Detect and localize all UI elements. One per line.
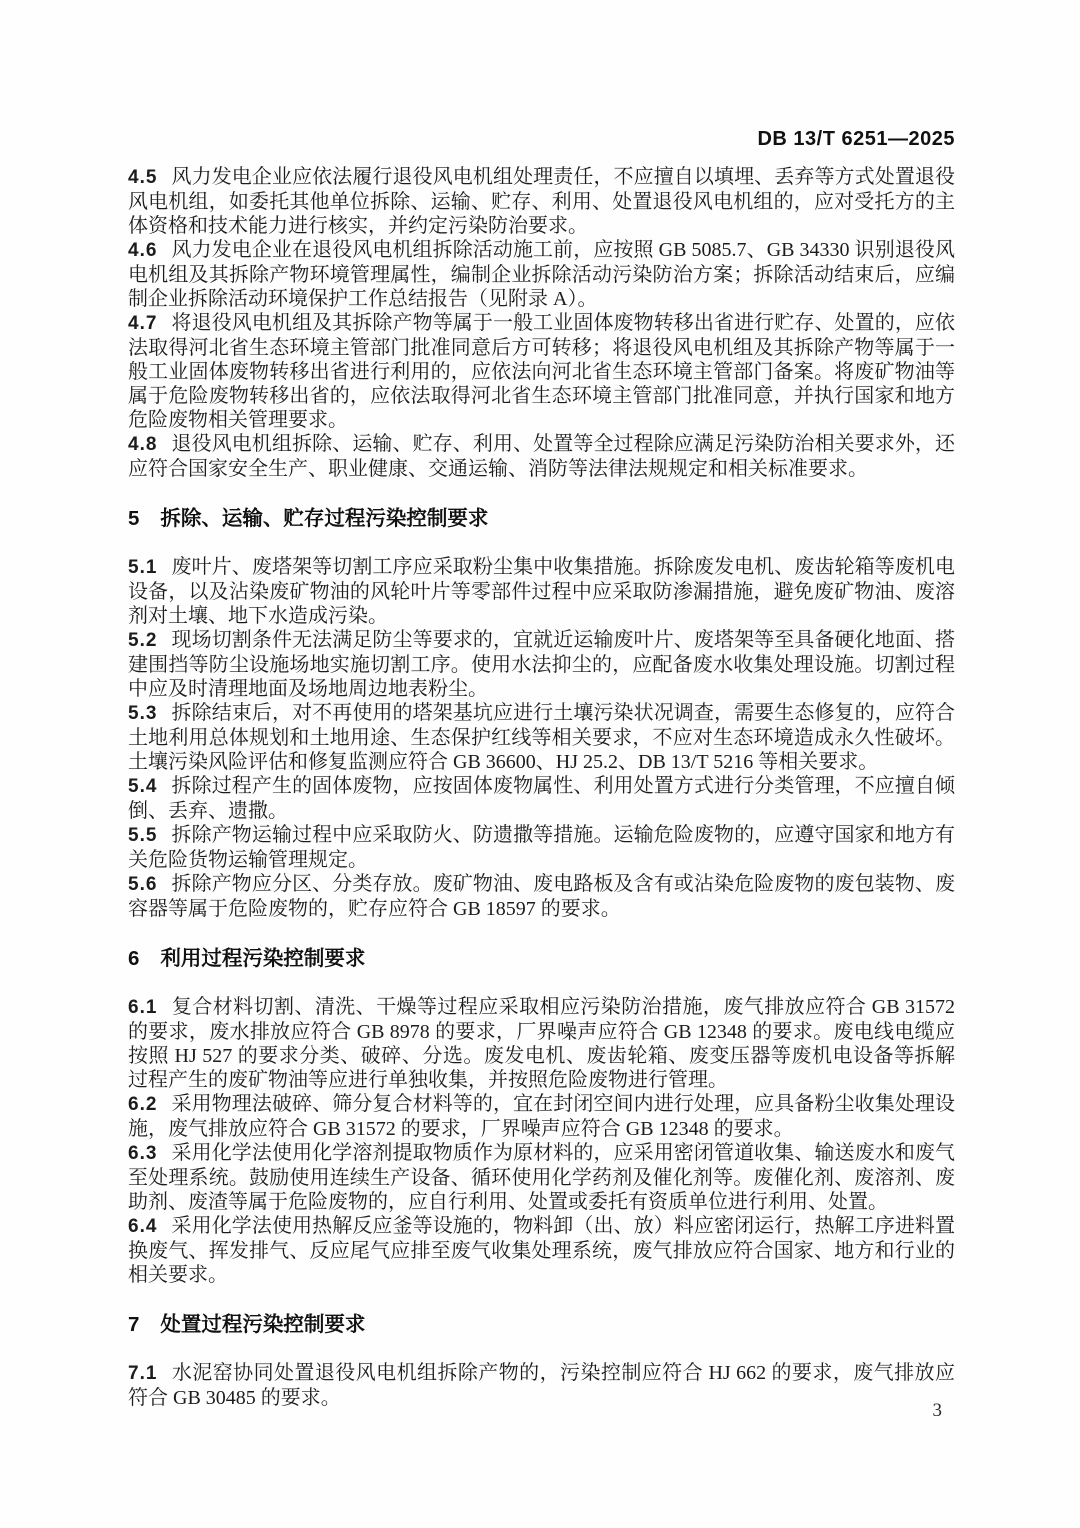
clause-4-6: 4.6风力发电企业在退役风电机组拆除活动施工前，应按照 GB 5085.7、GB… <box>128 238 955 311</box>
clause-6-2: 6.2采用物理法破碎、筛分复合材料等的，宜在封闭空间内进行处理，应具备粉尘收集处… <box>128 1092 955 1141</box>
page-number: 3 <box>933 1400 943 1422</box>
clause-5-4: 5.4拆除过程产生的固体废物，应按固体废物属性、利用处置方式进行分类管理，不应擅… <box>128 774 955 823</box>
clause-text: 拆除产物应分区、分类存放。废矿物油、废电路板及含有或沾染危险废物的废包装物、废容… <box>128 873 955 920</box>
clause-text: 拆除过程产生的固体废物，应按固体废物属性、利用处置方式进行分类管理，不应擅自倾倒… <box>128 775 955 822</box>
clause-text: 采用化学法使用化学溶剂提取物质作为原材料的，应采用密闭管道收集、输送废水和废气至… <box>128 1142 955 1213</box>
clause-5-6: 5.6拆除产物应分区、分类存放。废矿物油、废电路板及含有或沾染危险废物的废包装物… <box>128 872 955 921</box>
clause-number: 5.5 <box>128 825 157 846</box>
clause-number: 5.6 <box>128 874 157 895</box>
clause-text: 风力发电企业应依法履行退役风电机组处理责任，不应擅自以填埋、丢弃等方式处置退役风… <box>128 166 955 237</box>
clause-5-1: 5.1废叶片、废塔架等切割工序应采取粉尘集中收集措施。拆除废发电机、废齿轮箱等废… <box>128 555 955 628</box>
clause-number: 5.2 <box>128 630 157 651</box>
clause-number: 4.7 <box>128 313 157 334</box>
clause-text: 水泥窑协同处置退役风电机组拆除产物的，污染控制应符合 HJ 662 的要求，废气… <box>128 1362 955 1409</box>
clause-number: 6.2 <box>128 1094 157 1115</box>
section-title: 利用过程污染控制要求 <box>160 947 365 970</box>
section-heading-7: 7处置过程污染控制要求 <box>128 1313 955 1337</box>
document-body: 4.5风力发电企业应依法履行退役风电机组处理责任，不应擅自以填埋、丢弃等方式处置… <box>128 165 955 1410</box>
clause-4-7: 4.7将退役风电机组及其拆除产物等属于一般工业固体废物转移出省进行贮存、处置的，… <box>128 311 955 432</box>
clause-6-4: 6.4采用化学法使用热解反应釜等设施的，物料卸（出、放）料应密闭运行，热解工序进… <box>128 1214 955 1287</box>
section-title: 处置过程污染控制要求 <box>160 1313 365 1336</box>
clause-text: 拆除结束后，对不再使用的塔架基坑应进行土壤污染状况调查，需要生态修复的，应符合土… <box>128 702 955 773</box>
clause-number: 6.4 <box>128 1216 157 1237</box>
clause-number: 6.1 <box>128 997 157 1018</box>
clause-5-3: 5.3拆除结束后，对不再使用的塔架基坑应进行土壤污染状况调查，需要生态修复的，应… <box>128 701 955 774</box>
clause-text: 拆除产物运输过程中应采取防火、防遗撒等措施。运输危险废物的，应遵守国家和地方有关… <box>128 824 955 871</box>
clause-5-2: 5.2现场切割条件无法满足防尘等要求的，宜就近运输废叶片、废塔架等至具备硬化地面… <box>128 628 955 701</box>
clause-number: 5.4 <box>128 776 157 797</box>
clause-text: 现场切割条件无法满足防尘等要求的，宜就近运输废叶片、废塔架等至具备硬化地面、搭建… <box>128 629 955 700</box>
clause-6-1: 6.1复合材料切割、清洗、干燥等过程应采取相应污染防治措施，废气排放应符合 GB… <box>128 995 955 1092</box>
clause-7-1: 7.1水泥窑协同处置退役风电机组拆除产物的，污染控制应符合 HJ 662 的要求… <box>128 1361 955 1410</box>
clause-text: 退役风电机组拆除、运输、贮存、利用、处置等全过程除应满足污染防治相关要求外，还应… <box>128 433 955 480</box>
section-number: 6 <box>128 947 140 970</box>
clause-number: 4.6 <box>128 240 157 261</box>
clause-number: 4.8 <box>128 434 157 455</box>
clause-number: 7.1 <box>128 1363 157 1384</box>
section-title: 拆除、运输、贮存过程污染控制要求 <box>160 507 488 530</box>
clause-6-3: 6.3采用化学法使用化学溶剂提取物质作为原材料的，应采用密闭管道收集、输送废水和… <box>128 1141 955 1214</box>
clause-number: 5.3 <box>128 703 157 724</box>
clause-5-5: 5.5拆除产物运输过程中应采取防火、防遗撒等措施。运输危险废物的，应遵守国家和地… <box>128 823 955 872</box>
clause-text: 复合材料切割、清洗、干燥等过程应采取相应污染防治措施，废气排放应符合 GB 31… <box>128 996 955 1091</box>
section-number: 7 <box>128 1313 140 1336</box>
section-heading-6: 6利用过程污染控制要求 <box>128 947 955 971</box>
document-page: DB 13/T 6251—2025 4.5风力发电企业应依法履行退役风电机组处理… <box>0 0 1080 1528</box>
doc-number-header: DB 13/T 6251—2025 <box>128 128 955 151</box>
clause-4-5: 4.5风力发电企业应依法履行退役风电机组处理责任，不应擅自以填埋、丢弃等方式处置… <box>128 165 955 238</box>
section-heading-5: 5拆除、运输、贮存过程污染控制要求 <box>128 507 955 531</box>
clause-number: 4.5 <box>128 167 157 188</box>
clause-text: 采用化学法使用热解反应釜等设施的，物料卸（出、放）料应密闭运行，热解工序进料置换… <box>128 1215 955 1286</box>
clause-text: 废叶片、废塔架等切割工序应采取粉尘集中收集措施。拆除废发电机、废齿轮箱等废机电设… <box>128 556 955 627</box>
clause-number: 6.3 <box>128 1143 157 1164</box>
clause-text: 采用物理法破碎、筛分复合材料等的，宜在封闭空间内进行处理，应具备粉尘收集处理设施… <box>128 1093 955 1140</box>
section-number: 5 <box>128 507 140 530</box>
clause-4-8: 4.8退役风电机组拆除、运输、贮存、利用、处置等全过程除应满足污染防治相关要求外… <box>128 432 955 481</box>
clause-text: 将退役风电机组及其拆除产物等属于一般工业固体废物转移出省进行贮存、处置的，应依法… <box>128 312 955 431</box>
clause-text: 风力发电企业在退役风电机组拆除活动施工前，应按照 GB 5085.7、GB 34… <box>128 239 955 310</box>
clause-number: 5.1 <box>128 557 157 578</box>
